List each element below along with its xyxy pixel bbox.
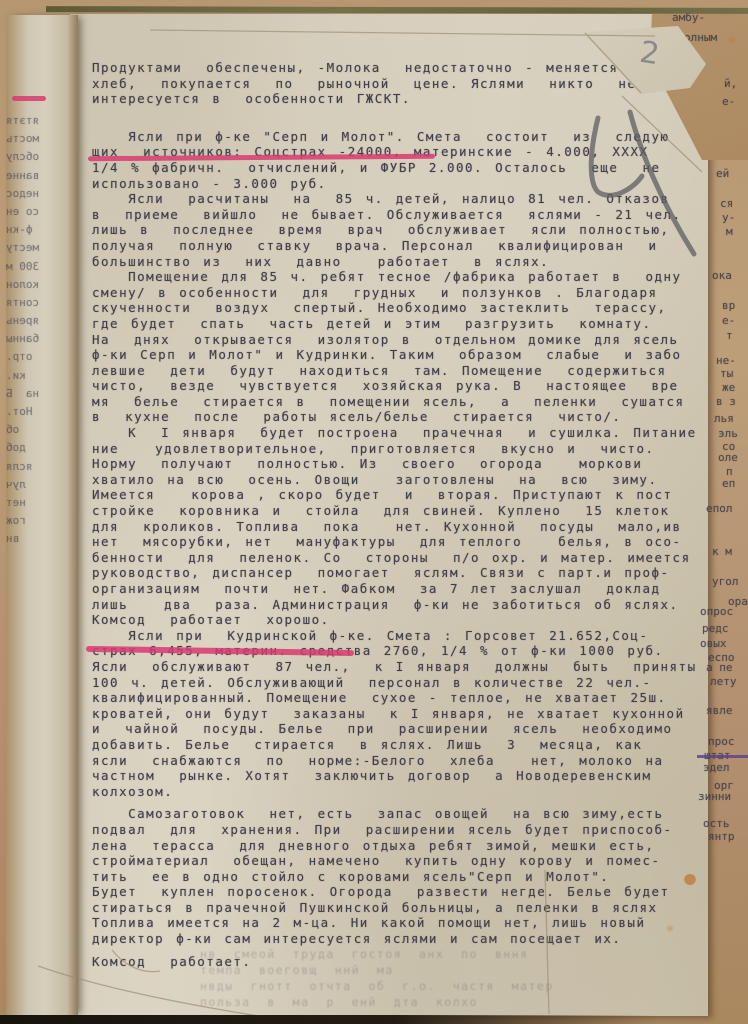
text-line: интересуется в особенности ГЖСКТ. [92, 91, 714, 107]
under-page-text-fragment: ся [720, 198, 733, 210]
mirrored-text-fragment: мость [6, 130, 66, 148]
under-page-text-fragment: угол [712, 576, 739, 588]
under-page-text-fragment: же [722, 382, 735, 394]
text-line: Будет куплен поросенок. Огорода развести… [92, 884, 714, 900]
paragraph: Самозаготовок нет, есть запас овощей на … [92, 806, 714, 946]
under-page-text-fragment: явле [706, 705, 733, 717]
under-page-text-fragment: амбу- [672, 12, 705, 24]
paragraph: Ясли при Кудринской ф-ке. Смета : Горсов… [92, 628, 714, 800]
rust-stain-small [666, 925, 674, 932]
text-line: скученности воздух спертый. Необходимо з… [92, 300, 714, 316]
under-page-text-fragment: еп [722, 478, 735, 490]
mirrored-text-fragment: ф-кн [6, 221, 66, 239]
text-line: лишь два раза. Администрация ф-ки не заб… [92, 597, 714, 613]
purple-ink-line [697, 755, 748, 758]
mirrored-text-fragment: ки. [6, 367, 66, 385]
text-line: ясли снабжаются по норме:-Белого хлеба н… [92, 753, 714, 769]
text-line: хлеб, покупается по рыночной цене. Яслям… [92, 76, 714, 92]
under-page-text-fragment: е- [722, 315, 735, 327]
text-line: мя белье стирается в помещении ясель, а … [92, 394, 714, 410]
text-line: Ясли обслуживают 87 чел., к I января дол… [92, 659, 714, 675]
mirrored-text-fragment: луч [6, 476, 66, 494]
under-page-text-fragment: лья [714, 413, 734, 425]
text-line: ф-ки Серп и Молот" и Кудринки. Таким обр… [92, 347, 714, 363]
under-page-text-fragment: редс [702, 623, 729, 635]
under-page-text-fragment: е- [722, 96, 735, 108]
under-page-text-fragment: вр [722, 300, 735, 312]
text-line: добавить. Белье стирается в яслях. Лишь … [92, 737, 714, 753]
mirrored-text-column: ятэтямостьобслуванненедоссо енф-кнместу3… [6, 112, 66, 549]
mirrored-text-fragment: ярень [6, 312, 66, 330]
text-line: тить ее в одно стойло с коровами ясель"С… [92, 869, 714, 885]
text-line: в приеме вийшло не бывает. Обслуживается… [92, 207, 714, 223]
mirrored-text-fragment: 300 м [6, 258, 66, 276]
text-line: 100 ч. детей. Обслуживающий персонал в к… [92, 675, 714, 691]
text-line: Ясли при Кудринской ф-ке. Смета : Горсов… [92, 628, 714, 644]
text-line: К I января будет построена прачечная и с… [92, 425, 714, 441]
mirrored-text-fragment: обслу [6, 148, 66, 166]
under-page-text-fragment: зинни [698, 791, 731, 803]
under-page-text-fragment: ты [720, 368, 733, 380]
paragraph: К I января будет построена прачечная и с… [92, 425, 714, 628]
text-line: в кухне после работы ясель/белье стирает… [92, 409, 714, 425]
rust-stain [684, 874, 696, 885]
mirrored-text-fragment: месту [6, 239, 66, 257]
mirrored-text-fragment: ясля [6, 458, 66, 476]
under-page-text-fragment: епол [706, 503, 733, 515]
bleed-through-line: польза в ма р енй дта колхо [200, 994, 650, 1010]
text-line: Имеется корова , скоро будет и вторая. П… [92, 487, 714, 503]
under-page-text-fragment: эль [718, 428, 738, 440]
mirrored-text-fragment: сонтя [6, 294, 66, 312]
text-line: кроватей, они будут заказаны к I января,… [92, 706, 714, 722]
under-page-text-fragment: прос [708, 736, 735, 748]
text-line: где будет спать часть детей и этим разгр… [92, 316, 714, 332]
mirrored-text-fragment: вн [6, 530, 66, 548]
under-page-text-fragment: ей [716, 168, 729, 180]
page-bottom-edge-shadow [0, 1015, 660, 1024]
text-line: получая полную ставку врача. Персонал кв… [92, 238, 714, 254]
text-line: На днях открывается изолятор в отдельном… [92, 332, 714, 348]
mirrored-text-fragment: доб [6, 439, 66, 457]
scanned-document-page: амбу-олнымй,е-ейсяу-мокавре-тне-тыжев зл… [0, 0, 748, 1024]
under-page-text-fragment: й, [724, 78, 737, 90]
mirrored-text-fragment: ванне [6, 167, 66, 185]
under-page-text-fragment: а пе [706, 662, 733, 674]
under-page-text-fragment: эдел [703, 762, 730, 774]
text-line: Помещение для 85 ч. ребят тесное /фабрик… [92, 269, 714, 285]
text-line: стройматериал обещан, намечено купить од… [92, 853, 714, 869]
under-page-text-fragment: к м [712, 546, 732, 558]
text-line: большинство из них давно работает в ясля… [92, 254, 714, 270]
bleed-through-line: темпа воеговщ ннй ма [200, 962, 650, 978]
mirrored-text-fragment: банны [6, 330, 66, 348]
paragraph: Помещение для 85 ч. ребят тесное /фабрик… [92, 269, 714, 425]
under-page-text-fragment: ока [712, 270, 732, 282]
text-line: левшие дети будут находиться там. Помеще… [92, 363, 714, 379]
text-line: подвал для хранения. При расширении ясел… [92, 822, 714, 838]
text-line: использовано - 3.000 руб. [92, 176, 714, 192]
text-line: квалифицированный. Помещение сухое - теп… [92, 690, 714, 706]
under-page-text-fragment: т [726, 330, 733, 342]
text-line: Самозаготовок нет, есть запас овощей на … [92, 806, 714, 822]
text-line: и чайной посуды. Белье при расширении яс… [92, 721, 714, 737]
mirrored-text-fragment: на Б [6, 385, 66, 403]
text-line: лена терасса для дневного отдыха ребят з… [92, 838, 714, 854]
mirrored-text-fragment: ятэтя [6, 112, 66, 130]
under-page-text-fragment: лету [710, 676, 737, 688]
under-page-text-fragment: янтр [708, 831, 735, 843]
under-page-text-fragment: опрос [700, 606, 733, 618]
left-page-edge: ятэтямостьобслуванненедоссо енф-кнместу3… [6, 15, 78, 1016]
mirrored-text-fragment: со ен [6, 203, 66, 221]
bleed-through-text: нв смеой труда гостоя анх по вннятемпа в… [200, 946, 650, 1010]
under-page-text-fragment: не- [716, 355, 736, 367]
under-page-text-fragment: у- [722, 212, 735, 224]
mirrored-text-fragment: отр. [6, 348, 66, 366]
text-line: чисто, везде чувствуется хозяйская рука.… [92, 378, 714, 394]
text-line: Норму получают полностью. Из своего огор… [92, 456, 714, 472]
text-line: Ясли при ф-ке "Серп и Молот". Смета сост… [92, 129, 714, 145]
text-line: частном рынке. Хотят заключить договор а… [92, 768, 714, 784]
text-line: Комсод работает хорошо. [92, 612, 714, 628]
under-page-text-fragment: оле [718, 452, 738, 464]
text-line: ние удовлетворительное, приготовляется в… [92, 441, 714, 457]
text-line: 1/4 % фабричн. отчислений, и ФУБР 2.000.… [92, 160, 714, 176]
under-page-text-fragment: в з [716, 396, 736, 408]
text-line: Ясли расчитаны на 85 ч. детей, налицо 81… [92, 191, 714, 207]
under-page-text-fragment: ость [703, 818, 730, 830]
bleed-through-line: нвды гнотт отчта об г.о. частя матер [200, 978, 650, 994]
mirrored-text-fragment: гож [6, 512, 66, 530]
bleed-through-line: нв смеой труда гостоя анх по вння [200, 946, 650, 962]
text-line: стройке коровника и стойла для свиней. К… [92, 503, 714, 519]
typed-text-block: Продуктами обеспечены, -Молока недостато… [92, 60, 714, 969]
text-line: хватило на всю осень. Овощи заготовлены … [92, 472, 714, 488]
text-line: стираться в прачечной Пушкинской больниц… [92, 900, 714, 916]
text-line: нет мясорубки, нет мануфактуры для тепло… [92, 534, 714, 550]
mirrored-text-fragment: нет [6, 494, 66, 512]
text-line: лишь в последнее время врач обслуживает … [92, 222, 714, 238]
red-underline-left-strip [12, 96, 46, 101]
text-line: руководство, диспансер помогает яслям. С… [92, 565, 714, 581]
text-line: смену/ в особенности для грудных и ползу… [92, 285, 714, 301]
text-line: для кроликов. Топлива пока нет. Кухонной… [92, 519, 714, 535]
mirrored-text-fragment: об [6, 421, 66, 439]
rust-stain-small [727, 36, 736, 44]
text-line: колхозом. [92, 784, 714, 800]
under-page-text-fragment: м [726, 226, 733, 238]
paragraph: Ясли расчитаны на 85 ч. детей, налицо 81… [92, 191, 714, 269]
text-line: бенности для пеленок. Со стороны п/о охр… [92, 550, 714, 566]
mirrored-text-fragment: недос [6, 185, 66, 203]
text-line: директор ф-ки сам интересуется яслями и … [92, 931, 714, 947]
text-line: организациям почти нет. Фабком за 7 лет … [92, 581, 714, 597]
mirrored-text-fragment: колон [6, 276, 66, 294]
mirrored-text-fragment: Нот. [6, 403, 66, 421]
under-page-text-fragment: овых [700, 638, 727, 650]
text-line: Топлива имеется на 2 м-ца. Ни какой помо… [92, 915, 714, 931]
